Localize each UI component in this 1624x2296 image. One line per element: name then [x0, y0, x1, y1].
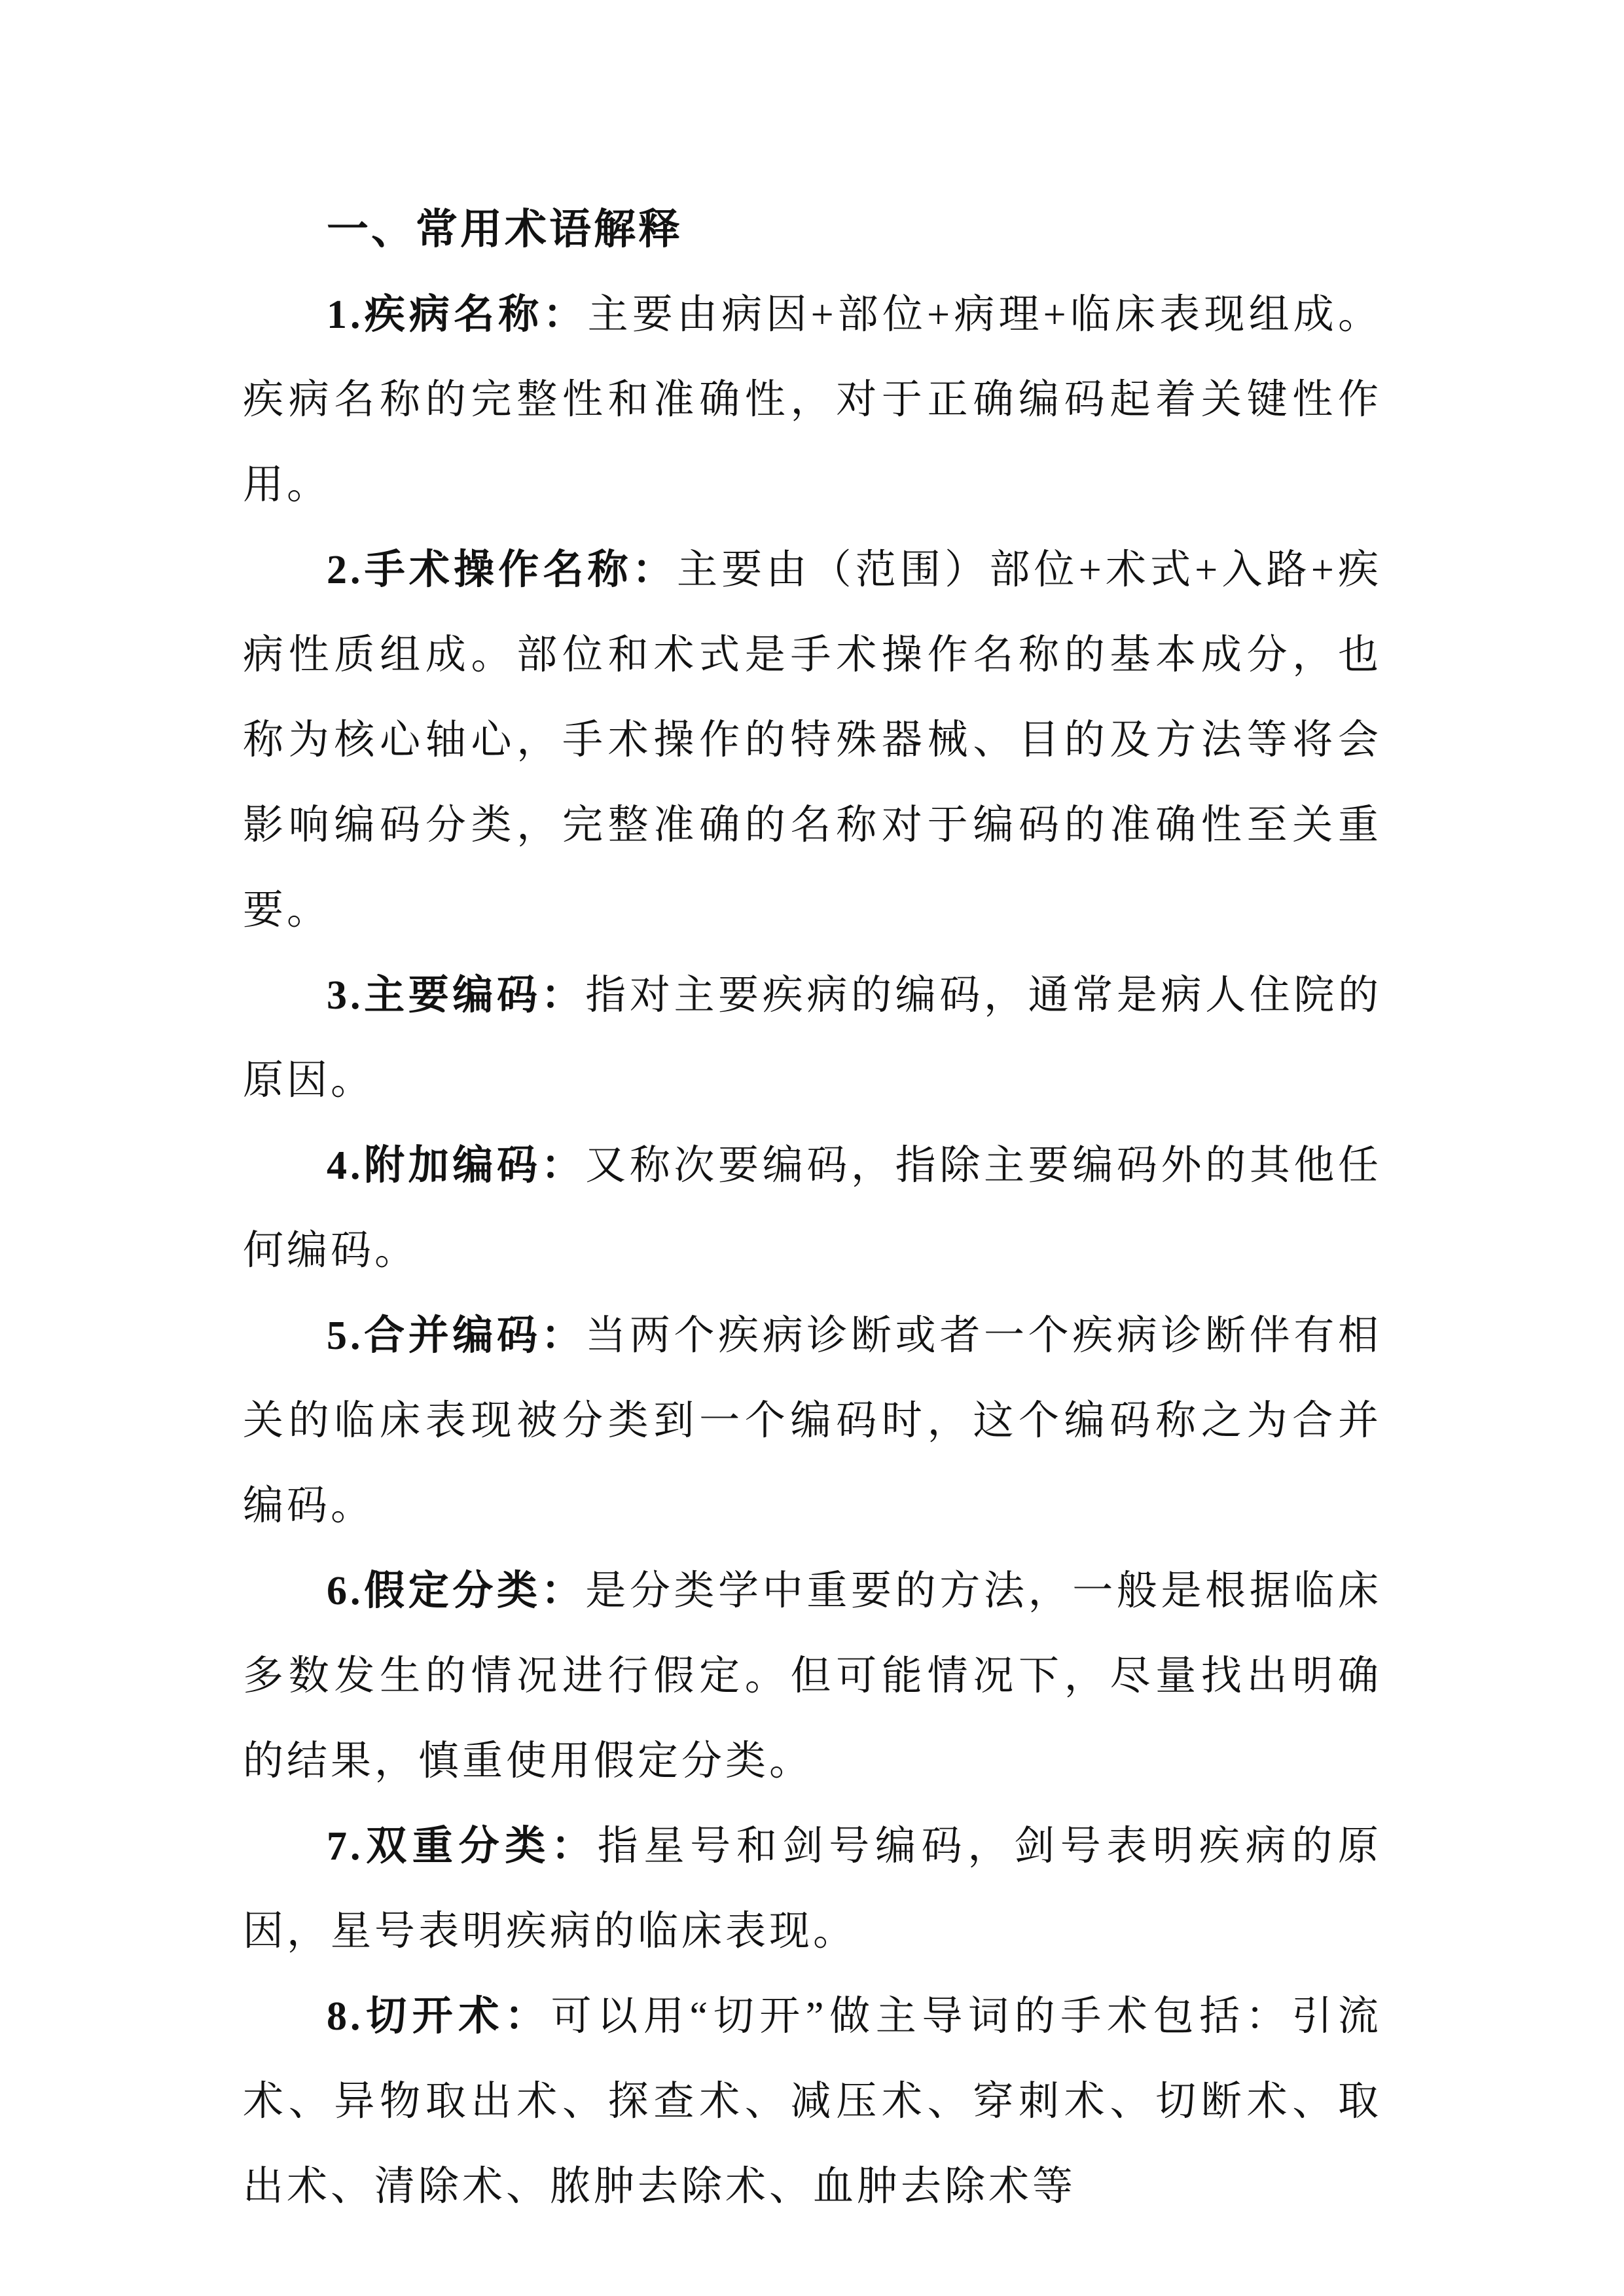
term-label: 5.合并编码： [327, 1314, 585, 1358]
term-definition: 主要由（范围）部位+术式+入路+疾病性质组成。部位和术式是手术操作名称的基本成分… [243, 548, 1382, 933]
section-title: 一、常用术语解释 [243, 187, 1382, 272]
term-item-assumed-classification: 6.假定分类：是分类学中重要的方法，一般是根据临床多数发生的情况进行假定。但可能… [243, 1549, 1382, 1804]
term-label: 4.附加编码： [327, 1143, 585, 1188]
term-item-additional-code: 4.附加编码：又称次要编码，指除主要编码外的其他任何编码。 [243, 1123, 1382, 1293]
term-item-operation-name: 2.手术操作名称：主要由（范围）部位+术式+入路+疾病性质组成。部位和术式是手术… [243, 528, 1382, 953]
term-item-combined-code: 5.合并编码：当两个疾病诊断或者一个疾病诊断伴有相关的临床表现被分类到一个编码时… [243, 1293, 1382, 1549]
term-label: 1.疾病名称： [327, 293, 588, 337]
term-item-disease-name: 1.疾病名称：主要由病因+部位+病理+临床表现组成。疾病名称的完整性和准确性，对… [243, 272, 1382, 528]
document-content: 一、常用术语解释 1.疾病名称：主要由病因+部位+病理+临床表现组成。疾病名称的… [243, 187, 1382, 2229]
term-item-main-code: 3.主要编码：指对主要疾病的编码，通常是病人住院的原因。 [243, 953, 1382, 1123]
term-item-incision: 8.切开术：可以用“切开”做主导词的手术包括：引流术、异物取出术、探查术、减压术… [243, 1974, 1382, 2229]
term-label: 3.主要编码： [327, 973, 585, 1018]
term-label: 2.手术操作名称： [327, 548, 677, 592]
term-item-dual-classification: 7.双重分类：指星号和剑号编码，剑号表明疾病的原因，星号表明疾病的临床表现。 [243, 1804, 1382, 1974]
term-label: 7.双重分类： [327, 1824, 598, 1869]
term-label: 6.假定分类： [327, 1569, 585, 1613]
document-page: 一、常用术语解释 1.疾病名称：主要由病因+部位+病理+临床表现组成。疾病名称的… [0, 0, 1624, 2296]
term-label: 8.切开术： [327, 1994, 551, 2039]
